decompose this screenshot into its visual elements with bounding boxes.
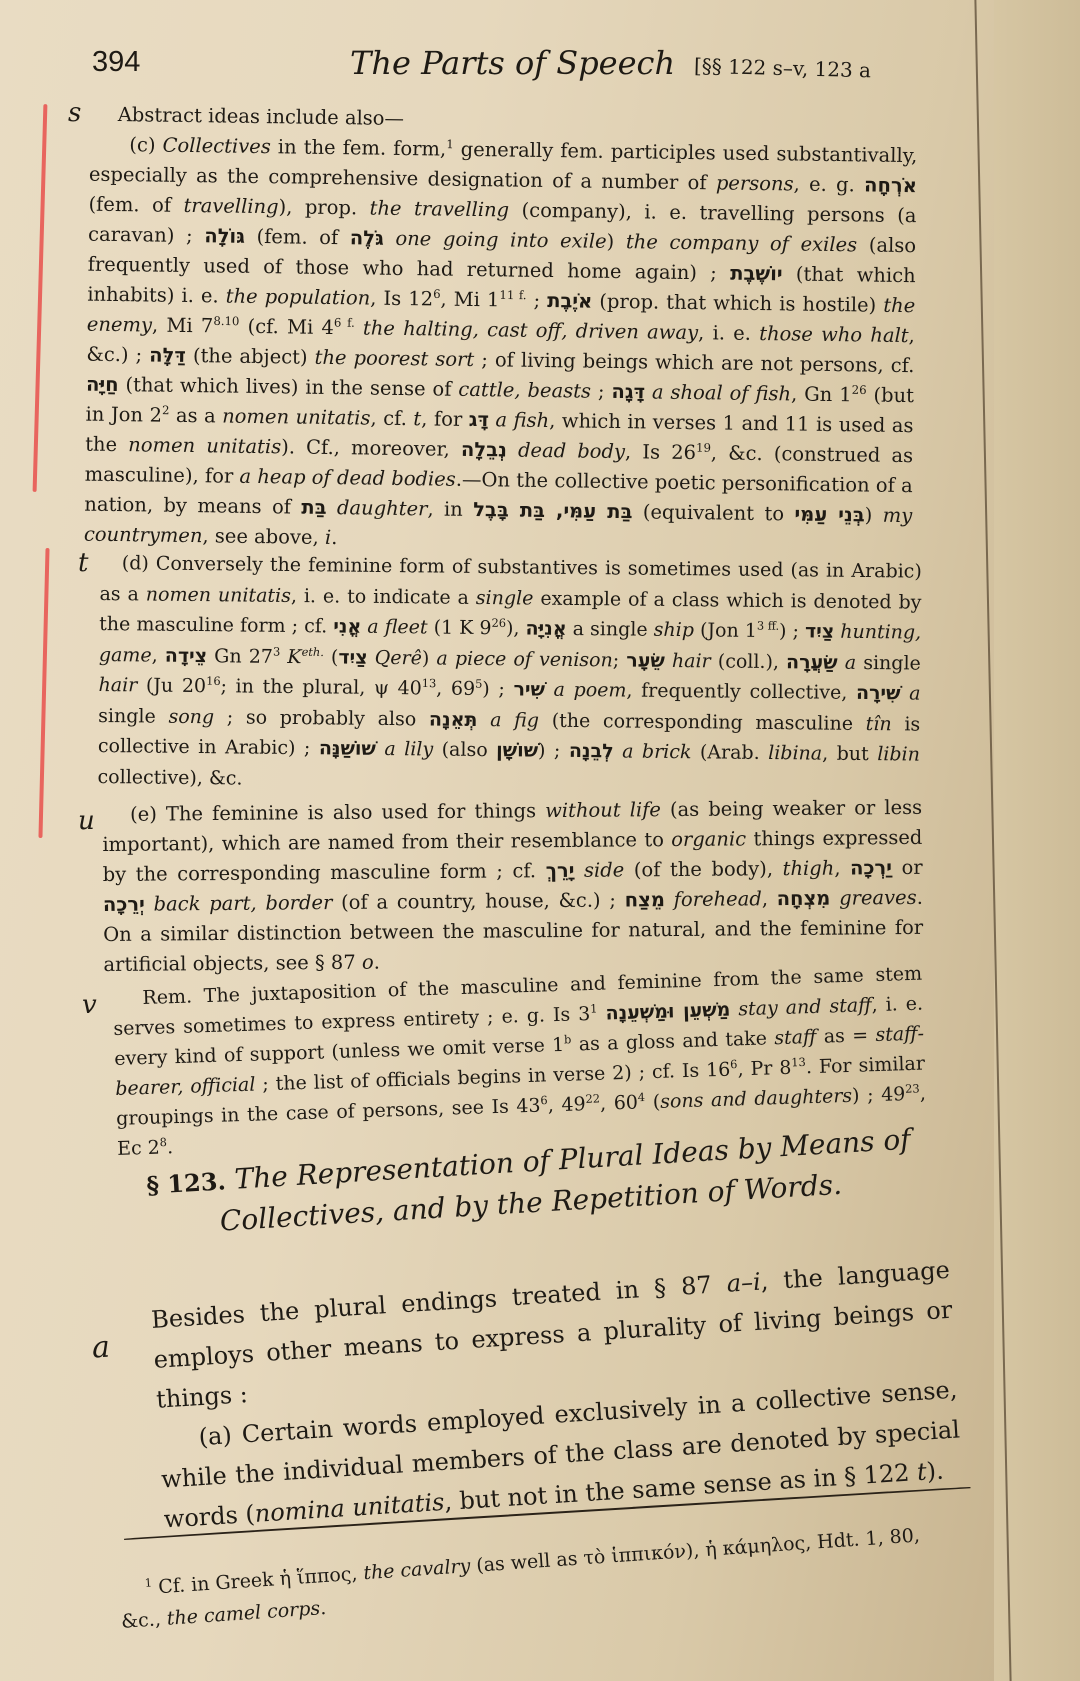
paragraph-s: Abstract ideas include also— (c) Collect… (112, 100, 918, 561)
hebrew-word: יַרְכָה (850, 856, 892, 879)
hebrew-word: דָּגָה (611, 380, 645, 403)
hebrew-word: חַיָּה (86, 373, 119, 396)
hebrew-word: דַּלָּה (149, 343, 186, 367)
hebrew-word: גּוֹלָה (204, 224, 245, 248)
hebrew-word: אֳנִי (333, 615, 361, 637)
hebrew-word: מֵצַח (625, 888, 665, 911)
hebrew-phrase: מַשְׁעֵן וּמַשְׁעֵנָה (605, 999, 730, 1025)
running-head: 394 The Parts of Speech [§§ 122 s–v, 123… (92, 44, 952, 92)
hebrew-word: מִצְחָה (777, 887, 831, 910)
margin-letter-u: u (78, 806, 95, 836)
hebrew-word: שׁוֹשָׁן (496, 739, 538, 761)
margin-letter-a: a (91, 1330, 111, 1366)
hebrew-word: שִׁירָה (856, 682, 901, 704)
paragraph-u: (e) The feminine is also used for things… (102, 793, 924, 980)
hebrew-word: אֳנִיָּה (525, 617, 566, 639)
hebrew-word: תְּאֵנָה (429, 708, 478, 731)
hebrew-word: בַּת (301, 496, 327, 519)
hebrew-word: אֹיֶבֶת (547, 289, 592, 313)
section-number: § 123. (146, 1166, 227, 1200)
running-title: The Parts of Speech (350, 44, 675, 82)
hebrew-word: דָּג (469, 408, 490, 431)
hebrew-word: שֵׂעָר (626, 649, 665, 671)
paragraph-body: (e) The feminine is also used for things… (102, 793, 924, 980)
footnote-text: 1 Cf. in Greek ἡ ἵππος, the cavalry (as … (118, 1518, 940, 1638)
paragraph-body: (c) Collectives in the fem. form,1 gener… (84, 130, 918, 562)
hebrew-word: שׁוֹשַׁנָּה (319, 737, 376, 760)
hebrew-word: יָרֵךְ (546, 859, 575, 882)
red-pen-margin-mark (33, 104, 48, 492)
hebrew-word: נְבֵלָה (461, 438, 507, 462)
hebrew-word: יְרֵכָה (103, 893, 145, 916)
hebrew-phrase: בְּנֵי עַמִּי (794, 502, 865, 526)
page-number: 394 (92, 46, 140, 79)
adjacent-page (994, 0, 1080, 1681)
section-reference: [§§ 122 s–v, 123 a (694, 54, 872, 83)
hebrew-word: שַׂעֲרָה (786, 651, 838, 674)
hebrew-word: צַיִד (805, 620, 834, 642)
hebrew-word: צֵידָה (165, 644, 207, 666)
hebrew-word: לְבֵנָה (569, 740, 614, 762)
hebrew-word: יוֹשֶׁבֶת (730, 262, 783, 286)
hebrew-word: שִׁיר (513, 678, 545, 700)
paragraph-body: (d) Conversely the feminine form of subs… (97, 548, 922, 801)
red-pen-margin-mark (38, 548, 49, 838)
hebrew-word: גֹּלֶה (350, 226, 384, 249)
footnote: 1 Cf. in Greek ἡ ἵππος, the cavalry (as … (118, 1518, 940, 1638)
hebrew-word: אֹרְחָה (864, 173, 917, 197)
margin-letter-s: s (68, 98, 81, 128)
margin-letter-t: t (78, 548, 88, 578)
hebrew-word: צַיִד (338, 646, 367, 668)
hebrew-phrase: בַּת עַמִּי, בַּת בָּבֶל (473, 498, 633, 523)
paragraph-t: (d) Conversely the feminine form of subs… (97, 548, 922, 801)
margin-letter-v: v (82, 990, 97, 1020)
